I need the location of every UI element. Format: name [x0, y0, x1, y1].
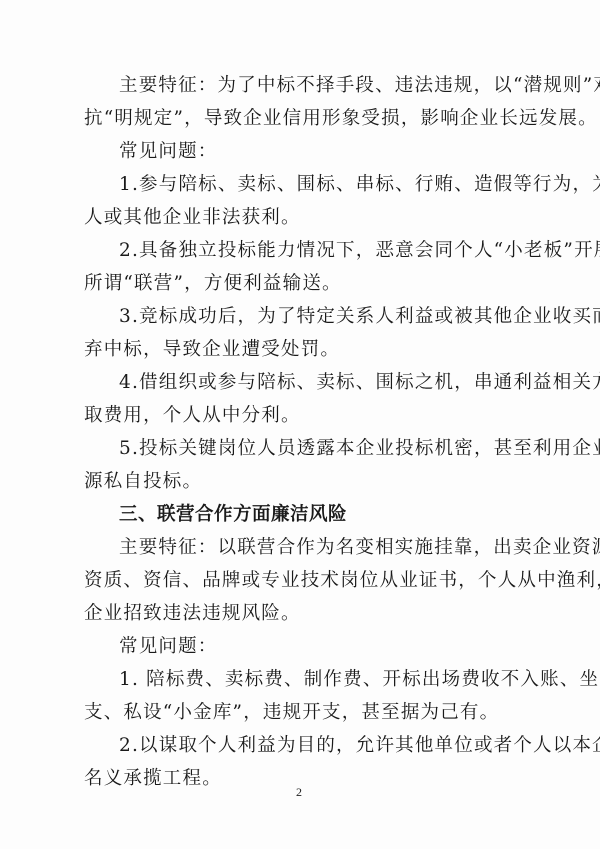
list-item-3: 3.竞标成功后，为了特定关系人利益或被其他企业收买而放	[119, 306, 559, 328]
list-item-7: 2.以谋取个人利益为目的，允许其他单位或者个人以本企业	[119, 735, 559, 757]
subheading-common-issues-1: 常见问题：	[119, 141, 559, 163]
subheading-common-issues-2: 常见问题：	[119, 636, 559, 658]
document-page: 主要特征：为了中标不择手段、违法违规，以“潜规则”对 抗“明规定”，导致企业信用…	[0, 0, 600, 849]
list-item-6-cont: 支、私设“小金库”，违规开支，甚至据为己有。	[84, 702, 524, 724]
paragraph-main-features-2: 主要特征：以联营合作为名变相实施挂靠，出卖企业资源、	[119, 537, 559, 559]
list-item-1-cont: 人或其他企业非法获利。	[84, 207, 524, 229]
list-item-4-cont: 取费用，个人从中分利。	[84, 405, 524, 427]
list-item-7-cont: 名义承揽工程。	[84, 768, 524, 790]
paragraph-main-features-1-cont: 抗“明规定”，导致企业信用形象受损，影响企业长远发展。	[84, 108, 524, 130]
page-number: 2	[296, 785, 302, 800]
list-item-3-cont: 弃中标，导致企业遭受处罚。	[84, 339, 524, 361]
list-item-6: 1. 陪标费、卖标费、制作费、开标出场费收不入账、坐收坐	[119, 669, 559, 691]
list-item-5-cont: 源私自投标。	[84, 471, 524, 493]
list-item-2-cont: 所谓“联营”，方便利益输送。	[84, 273, 524, 295]
list-item-2: 2.具备独立投标能力情况下，恶意会同个人“小老板”开展	[119, 240, 559, 262]
section-heading-joint-venture: 三、联营合作方面廉洁风险	[119, 504, 559, 526]
list-item-5: 5.投标关键岗位人员透露本企业投标机密，甚至利用企业资	[119, 438, 559, 460]
paragraph-main-features-2-cont: 资质、资信、品牌或专业技术岗位从业证书，个人从中渔利，给	[84, 570, 524, 592]
list-item-4: 4.借组织或参与陪标、卖标、围标之机，串通利益相关方提	[119, 372, 559, 394]
paragraph-main-features-2-cont2: 企业招致违法违规风险。	[84, 603, 524, 625]
paragraph-main-features-1: 主要特征：为了中标不择手段、违法违规，以“潜规则”对	[119, 75, 559, 97]
list-item-1: 1.参与陪标、卖标、围标、串标、行贿、造假等行为，为个	[119, 174, 559, 196]
